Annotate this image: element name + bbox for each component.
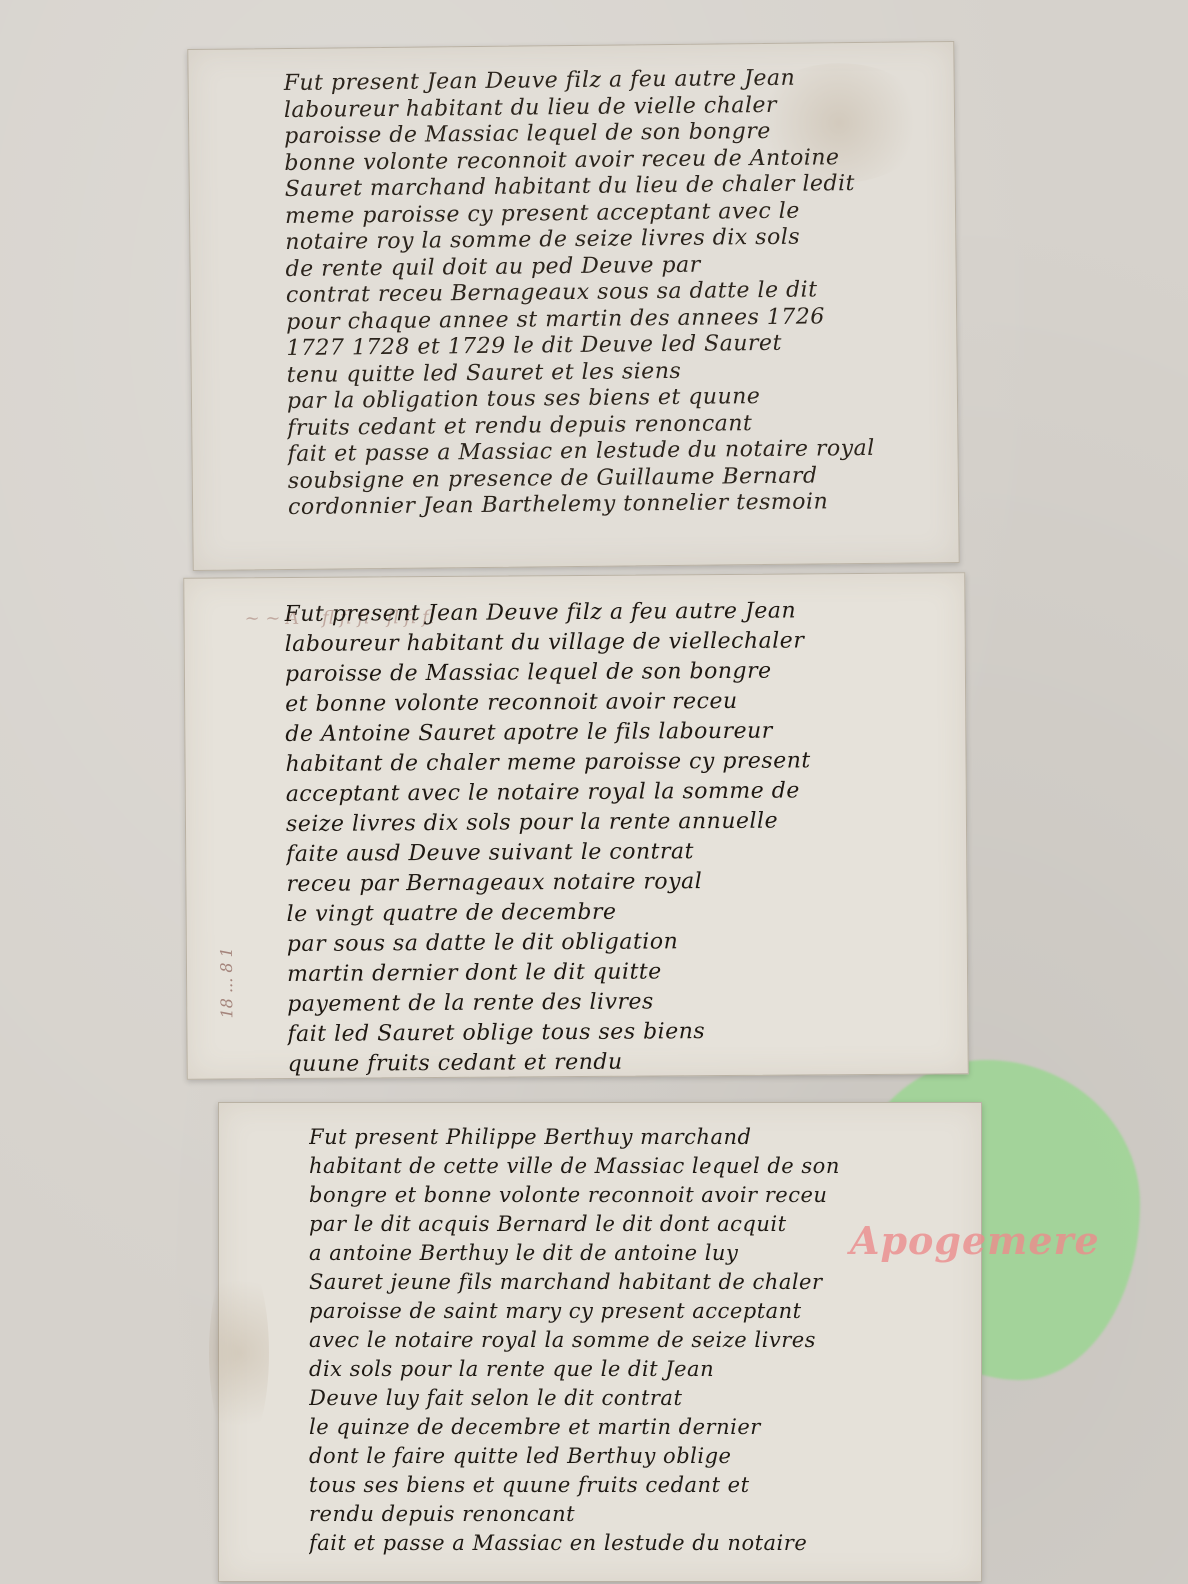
text-line: seize livres dix sols pour la rente annu… bbox=[286, 805, 946, 840]
text-line: Fut present Jean Deuve filz a feu autre … bbox=[284, 595, 944, 630]
text-line: dont le faire quitte led Berthuy oblige bbox=[309, 1442, 961, 1471]
manuscript-sheet-2: ~ ~ A ﬂ ﬂ ﬂ ﬂ ﬂ ﬂ 18 ... 8 1 Fut present… bbox=[183, 572, 968, 1079]
text-line: Deuve luy fait selon le dit contrat bbox=[309, 1384, 961, 1413]
sheet-1-text: Fut present Jean Deuve filz a feu autre … bbox=[284, 64, 939, 521]
text-line: bongre et bonne volonte reconnoit avoir … bbox=[309, 1181, 961, 1210]
text-line: fait led Sauret oblige tous ses biens bbox=[287, 1015, 947, 1050]
text-line: habitant de cette ville de Massiac leque… bbox=[309, 1152, 961, 1181]
text-line: le vingt quatre de decembre bbox=[287, 895, 947, 930]
text-line: paroisse de saint mary cy present accept… bbox=[309, 1297, 961, 1326]
text-line: receu par Bernageaux notaire royal bbox=[286, 865, 946, 900]
text-line: rendu depuis renoncant bbox=[309, 1500, 961, 1529]
text-line: acceptant avec le notaire royal la somme… bbox=[286, 775, 946, 810]
text-line: tous ses biens et quune fruits cedant et bbox=[309, 1471, 961, 1500]
text-line: quune fruits cedant et rendu bbox=[288, 1045, 948, 1080]
sheet-3-text: Fut present Philippe Berthuy marchand ha… bbox=[309, 1123, 961, 1558]
text-line: par sous sa datte le dit obligation bbox=[287, 925, 947, 960]
text-line: fait et passe a Massiac en lestude du no… bbox=[309, 1529, 961, 1558]
text-line: dix sols pour la rente que le dit Jean bbox=[309, 1355, 961, 1384]
text-line: et bonne volonte reconnoit avoir receu bbox=[285, 685, 945, 720]
text-line: payement de la rente des livres bbox=[287, 985, 947, 1020]
manuscript-sheet-3: Fut present Philippe Berthuy marchand ha… bbox=[218, 1102, 982, 1582]
text-line: Fut present Philippe Berthuy marchand bbox=[309, 1123, 961, 1152]
manuscript-sheet-1: Fut present Jean Deuve filz a feu autre … bbox=[187, 41, 959, 571]
text-line: habitant de chaler meme paroisse cy pres… bbox=[285, 745, 945, 780]
watermark-text: Apogemere bbox=[850, 1218, 1100, 1263]
text-line: faite ausd Deuve suivant le contrat bbox=[286, 835, 946, 870]
sheet-2-text: Fut present Jean Deuve filz a feu autre … bbox=[284, 595, 947, 1080]
text-line: Sauret jeune fils marchand habitant de c… bbox=[309, 1268, 961, 1297]
text-line: le quinze de decembre et martin dernier bbox=[309, 1413, 961, 1442]
text-line: laboureur habitant du village de viellec… bbox=[285, 625, 945, 660]
text-line: avec le notaire royal la somme de seize … bbox=[309, 1326, 961, 1355]
text-line: de Antoine Sauret apotre le fils laboure… bbox=[285, 715, 945, 750]
margin-note: 18 ... 8 1 bbox=[217, 947, 236, 1018]
text-line: martin dernier dont le dit quitte bbox=[287, 955, 947, 990]
text-line: paroisse de Massiac lequel de son bongre bbox=[285, 655, 945, 690]
text-line: cordonnier Jean Barthelemy tonnelier tes… bbox=[288, 488, 938, 521]
